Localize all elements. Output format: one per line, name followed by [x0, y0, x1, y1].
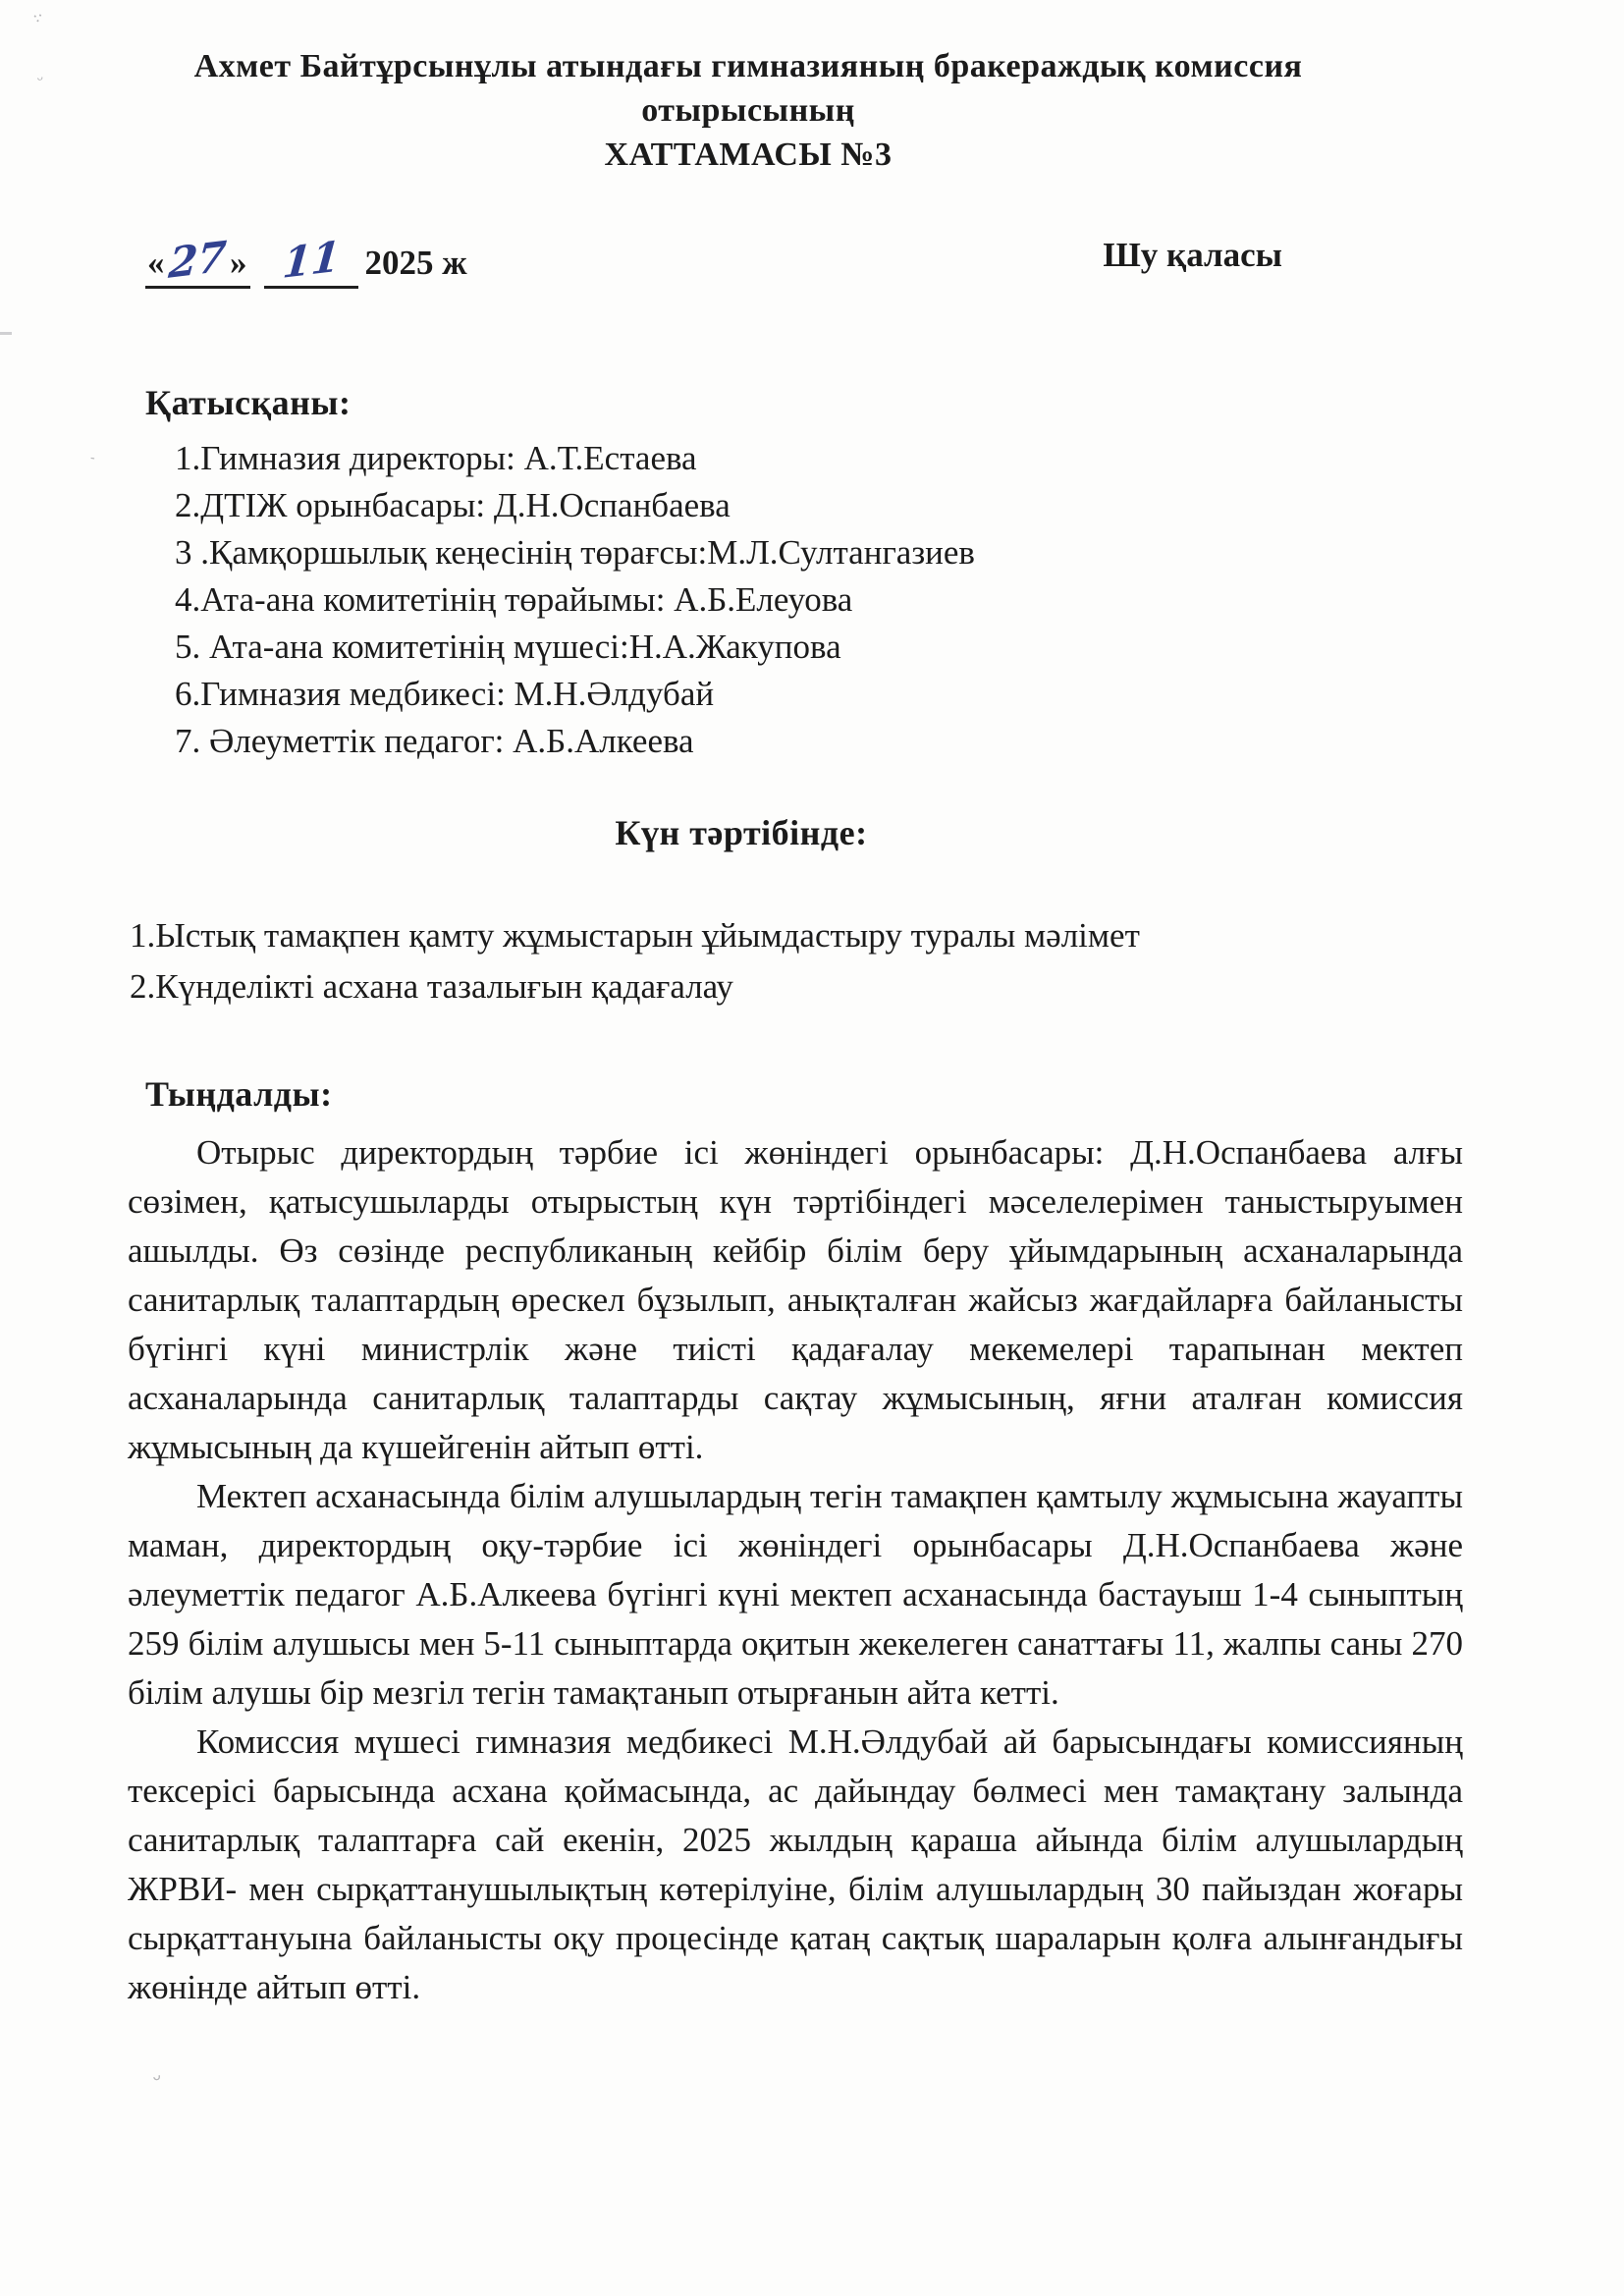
handwritten-month: 11: [277, 231, 346, 288]
attendee-item: 3 .Қамқоршылық кеңесінің төрағсы:М.Л.Сул…: [175, 529, 1463, 576]
document-body: Қатысқаны: 1.Гимназия директоры: А.Т.Ест…: [128, 382, 1463, 2012]
attendee-item: 4.Ата-ана комитетінің төрайымы: А.Б.Елеу…: [175, 576, 1463, 624]
open-guillemet: «: [147, 244, 165, 282]
date-line: «27»112025 ж: [145, 236, 467, 289]
agenda-heading: Күн тәртібінде:: [128, 812, 1355, 853]
body-paragraph: Отырыс директордың тәрбие ісі жөніндегі …: [128, 1128, 1463, 1472]
scan-artifact: ⁖: [27, 7, 45, 29]
date-city-row: «27»112025 ж Шу қаласы: [145, 236, 1457, 289]
date-month-blank: 11: [264, 236, 358, 289]
title-line-2: отырысының: [128, 88, 1369, 133]
protocol-number: ХАТТАМАСЫ №3: [128, 133, 1369, 177]
attendees-heading: Қатысқаны:: [145, 382, 1463, 423]
heard-paragraphs: Отырыс директордың тәрбие ісі жөніндегі …: [128, 1128, 1463, 2012]
handwritten-day: 27: [163, 231, 232, 288]
date-year: 2025 ж: [364, 244, 466, 282]
city-label: Шу қаласы: [1103, 236, 1282, 275]
scan-artifact: [0, 332, 12, 335]
body-paragraph: Мектеп асханасында білім алушылардың тег…: [128, 1472, 1463, 1718]
scan-artifact: ᴗ: [150, 2067, 164, 2085]
scan-artifact: ˗: [89, 448, 97, 467]
attendee-item: 5. Ата-ана комитетінің мүшесі:Н.А.Жакупо…: [175, 624, 1463, 671]
attendee-item: 2.ДТІЖ орынбасары: Д.Н.Оспанбаева: [175, 482, 1463, 529]
attendee-item: 6.Гимназия медбикесі: М.Н.Әлдубай: [175, 671, 1463, 718]
scanned-document-page: ⁖ ᵕ ˗ ᴗ Ахмет Байтұрсынұлы атындағы гимн…: [0, 0, 1624, 2296]
agenda-item: 1.Ыстық тамақпен қамту жұмыстарын ұйымда…: [130, 910, 1463, 961]
close-guillemet: »: [230, 244, 247, 282]
attendees-list: 1.Гимназия директоры: А.Т.Естаева 2.ДТІЖ…: [175, 435, 1463, 765]
attendee-item: 7. Әлеуметтік педагог: А.Б.Алкеева: [175, 718, 1463, 765]
heard-heading: Тыңдалды:: [145, 1073, 1463, 1115]
attendee-item: 1.Гимназия директоры: А.Т.Естаева: [175, 435, 1463, 482]
scan-artifact: ᵕ: [35, 70, 46, 90]
agenda-list: 1.Ыстық тамақпен қамту жұмыстарын ұйымда…: [130, 910, 1463, 1012]
body-paragraph: Комиссия мүшесі гимназия медбикесі М.Н.Ә…: [128, 1718, 1463, 2012]
agenda-item: 2.Күнделікті асхана тазалығын қадағалау: [130, 961, 1463, 1012]
document-title: Ахмет Байтұрсынұлы атындағы гимназияның …: [128, 44, 1369, 177]
date-day-blank: «27»: [145, 236, 250, 289]
title-line-1: Ахмет Байтұрсынұлы атындағы гимназияның …: [128, 44, 1369, 88]
